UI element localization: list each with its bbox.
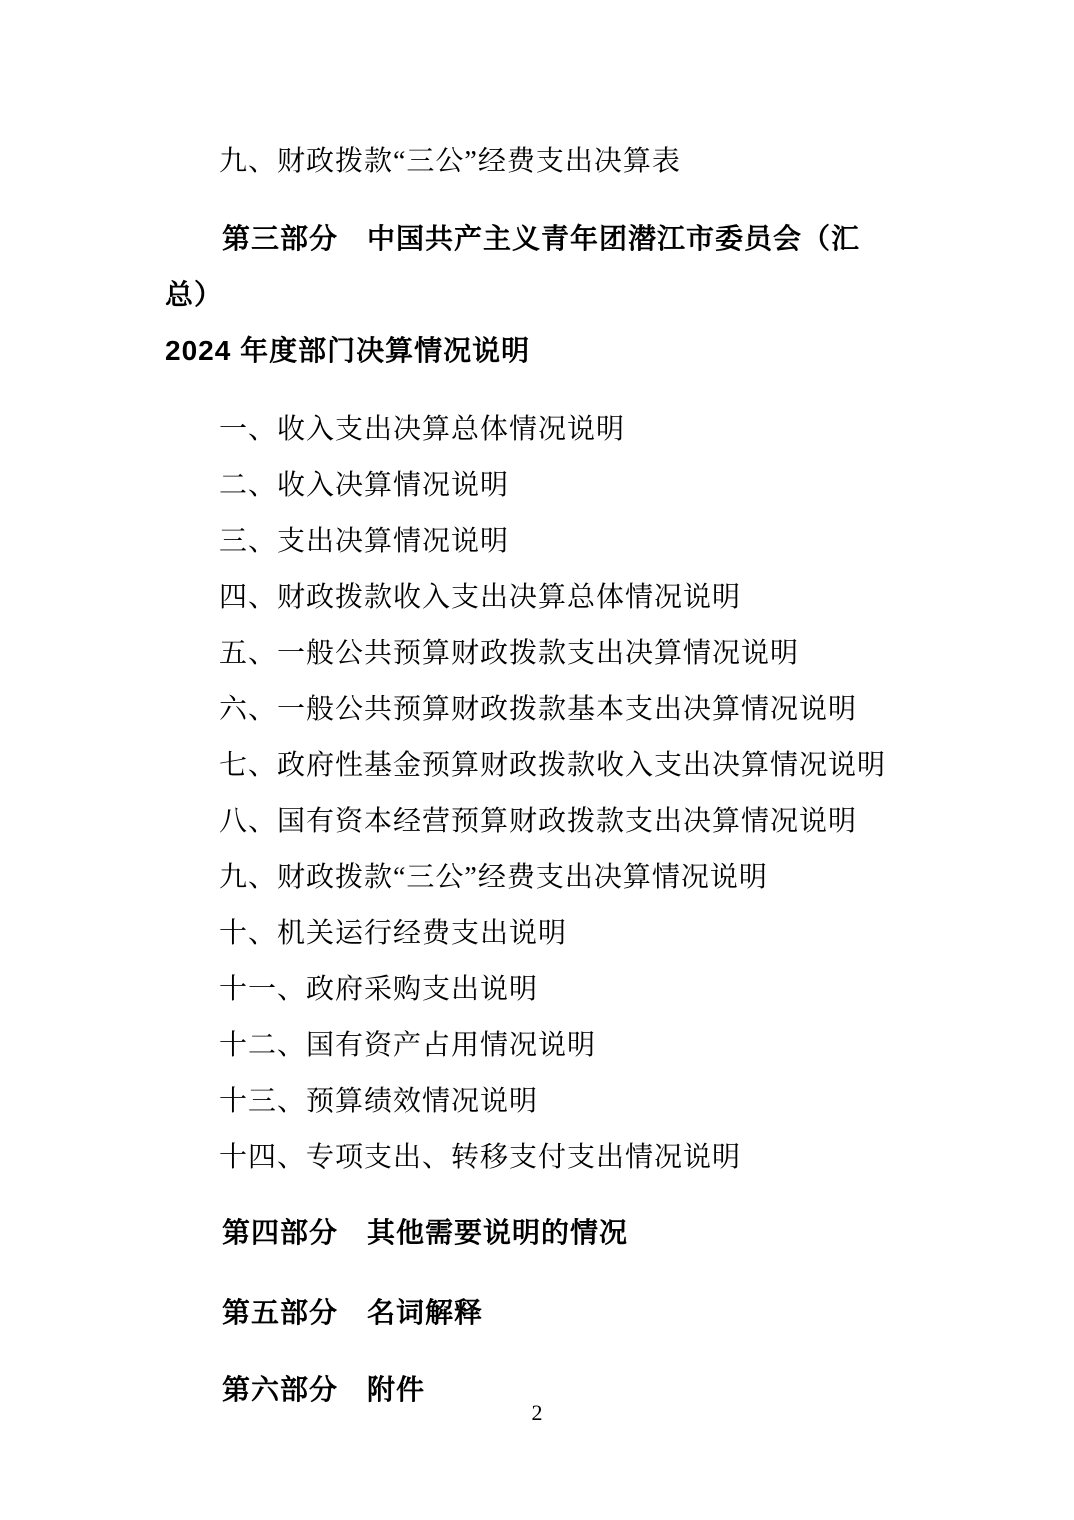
toc-item-1: 一、收入支出决算总体情况说明 [165, 402, 914, 458]
page-number: 2 [0, 1398, 1074, 1428]
toc-item-11: 十一、政府采购支出说明 [165, 962, 914, 1018]
toc-item-10: 十、机关运行经费支出说明 [165, 906, 914, 962]
toc-item-3: 三、支出决算情况说明 [165, 514, 914, 570]
part3-toc-list: 一、收入支出决算总体情况说明 二、收入决算情况说明 三、支出决算情况说明 四、财… [165, 402, 914, 1186]
toc-item-8: 八、国有资本经营预算财政拨款支出决算情况说明 [165, 794, 914, 850]
toc-item-5: 五、一般公共预算财政拨款支出决算情况说明 [165, 626, 914, 682]
part3-heading-line2: 2024 年度部门决算情况说明 [165, 335, 530, 366]
toc-item-12: 十二、国有资产占用情况说明 [165, 1018, 914, 1074]
toc-item-7: 七、政府性基金预算财政拨款收入支出决算情况说明 [165, 738, 914, 794]
toc-item-2: 二、收入决算情况说明 [165, 458, 914, 514]
toc-item-13: 十三、预算绩效情况说明 [165, 1074, 914, 1130]
toc-item-6: 六、一般公共预算财政拨款基本支出决算情况说明 [165, 682, 914, 738]
document-page: 九、财政拨款“三公”经费支出决算表 第三部分 中国共产主义青年团潜江市委员会（汇… [0, 0, 1074, 1520]
part3-heading: 第三部分 中国共产主义青年团潜江市委员会（汇总） 2024 年度部门决算情况说明 [165, 211, 914, 379]
toc-item-part2-9: 九、财政拨款“三公”经费支出决算表 [165, 134, 914, 190]
toc-item-14: 十四、专项支出、转移支付支出情况说明 [165, 1130, 914, 1186]
part4-heading: 第四部分 其他需要说明的情况 [165, 1205, 914, 1261]
part3-heading-line1: 第三部分 中国共产主义青年团潜江市委员会（汇总） [165, 223, 860, 310]
toc-item-4: 四、财政拨款收入支出决算总体情况说明 [165, 570, 914, 626]
toc-item-9: 九、财政拨款“三公”经费支出决算情况说明 [165, 850, 914, 906]
part5-heading: 第五部分 名词解释 [165, 1285, 914, 1341]
